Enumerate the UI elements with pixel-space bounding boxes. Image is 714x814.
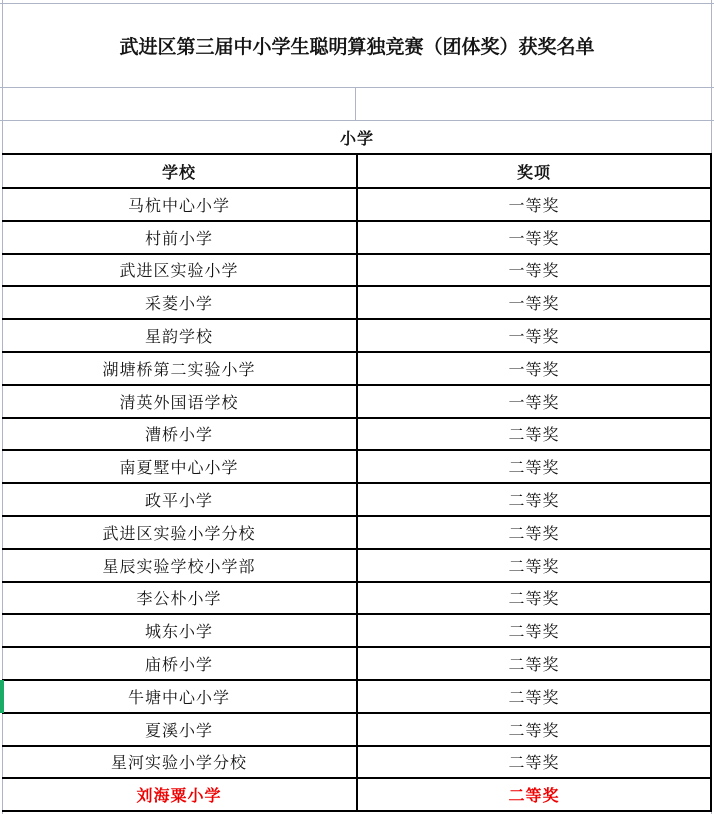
table-row: 采菱小学一等奖 (2, 287, 712, 320)
table-row: 城东小学二等奖 (2, 615, 712, 648)
award-cell[interactable]: 二等奖 (358, 484, 712, 515)
school-cell[interactable]: 采菱小学 (2, 287, 358, 318)
school-cell[interactable]: 星河实验小学分校 (2, 747, 358, 778)
school-cell[interactable]: 村前小学 (2, 222, 358, 253)
empty-cell-school[interactable] (0, 88, 356, 120)
school-cell[interactable]: 武进区实验小学分校 (2, 517, 358, 548)
award-cell[interactable]: 二等奖 (358, 550, 712, 581)
school-cell[interactable]: 夏溪小学 (2, 714, 358, 745)
award-cell[interactable]: 二等奖 (358, 779, 712, 810)
award-cell[interactable]: 一等奖 (358, 255, 712, 286)
table-row: 政平小学二等奖 (2, 484, 712, 517)
table-row: 星韵学校一等奖 (2, 320, 712, 353)
award-cell[interactable]: 二等奖 (358, 648, 712, 679)
table-row: 马杭中心小学一等奖 (2, 189, 712, 222)
school-cell[interactable]: 城东小学 (2, 615, 358, 646)
table-row: 牛塘中心小学二等奖 (2, 681, 712, 714)
school-cell[interactable]: 星韵学校 (2, 320, 358, 351)
table-row: 武进区实验小学分校二等奖 (2, 517, 712, 550)
award-cell[interactable]: 一等奖 (358, 287, 712, 318)
school-cell[interactable]: 武进区实验小学 (2, 255, 358, 286)
table-row: 星辰实验学校小学部二等奖 (2, 550, 712, 583)
award-cell[interactable]: 二等奖 (358, 615, 712, 646)
school-cell[interactable]: 漕桥小学 (2, 419, 358, 450)
school-cell[interactable]: 星辰实验学校小学部 (2, 550, 358, 581)
table-row: 漕桥小学二等奖 (2, 419, 712, 452)
school-cell[interactable]: 马杭中心小学 (2, 189, 358, 220)
table-row: 刘海粟小学二等奖 (2, 779, 712, 812)
school-cell[interactable]: 南夏墅中心小学 (2, 451, 358, 482)
award-cell[interactable]: 一等奖 (358, 353, 712, 384)
table-row: 庙桥小学二等奖 (2, 648, 712, 681)
table-row: 夏溪小学二等奖 (2, 714, 712, 747)
school-cell[interactable]: 李公朴小学 (2, 583, 358, 614)
school-cell[interactable]: 庙桥小学 (2, 648, 358, 679)
school-cell[interactable]: 湖塘桥第二实验小学 (2, 353, 358, 384)
award-cell[interactable]: 一等奖 (358, 320, 712, 351)
table-row: 武进区实验小学一等奖 (2, 255, 712, 288)
table-row: 南夏墅中心小学二等奖 (2, 451, 712, 484)
award-cell[interactable]: 二等奖 (358, 419, 712, 450)
empty-cell-award[interactable] (356, 88, 714, 120)
school-cell[interactable]: 政平小学 (2, 484, 358, 515)
table-row: 李公朴小学二等奖 (2, 583, 712, 616)
school-cell[interactable]: 刘海粟小学 (2, 779, 358, 810)
award-cell[interactable]: 二等奖 (358, 681, 712, 712)
award-table: 学校 奖项 马杭中心小学一等奖村前小学一等奖武进区实验小学一等奖采菱小学一等奖星… (2, 153, 712, 812)
table-row: 湖塘桥第二实验小学一等奖 (2, 353, 712, 386)
spreadsheet-page: 武进区第三届中小学生聪明算独竞赛（团体奖）获奖名单 小学 学校 奖项 马杭中心小… (0, 0, 714, 814)
document-title-row: 武进区第三届中小学生聪明算独竞赛（团体奖）获奖名单 (0, 4, 714, 88)
section-header-label: 小学 (340, 126, 374, 149)
table-row: 星河实验小学分校二等奖 (2, 747, 712, 780)
column-header-award: 奖项 (358, 155, 712, 187)
award-cell[interactable]: 二等奖 (358, 583, 712, 614)
row-modified-marker (0, 680, 4, 713)
table-row: 村前小学一等奖 (2, 222, 712, 255)
school-cell[interactable]: 牛塘中心小学 (2, 681, 358, 712)
award-cell[interactable]: 二等奖 (358, 714, 712, 745)
section-header-row: 小学 (0, 121, 714, 153)
award-cell[interactable]: 一等奖 (358, 189, 712, 220)
award-cell[interactable]: 一等奖 (358, 222, 712, 253)
empty-row (0, 88, 714, 121)
document-title: 武进区第三届中小学生聪明算独竞赛（团体奖）获奖名单 (119, 32, 594, 59)
award-cell[interactable]: 二等奖 (358, 451, 712, 482)
column-header-school: 学校 (2, 155, 358, 187)
award-cell[interactable]: 一等奖 (358, 386, 712, 417)
award-table-body: 马杭中心小学一等奖村前小学一等奖武进区实验小学一等奖采菱小学一等奖星韵学校一等奖… (2, 189, 712, 812)
school-cell[interactable]: 清英外国语学校 (2, 386, 358, 417)
award-cell[interactable]: 二等奖 (358, 747, 712, 778)
table-row: 清英外国语学校一等奖 (2, 386, 712, 419)
award-cell[interactable]: 二等奖 (358, 517, 712, 548)
table-header-row: 学校 奖项 (2, 155, 712, 189)
